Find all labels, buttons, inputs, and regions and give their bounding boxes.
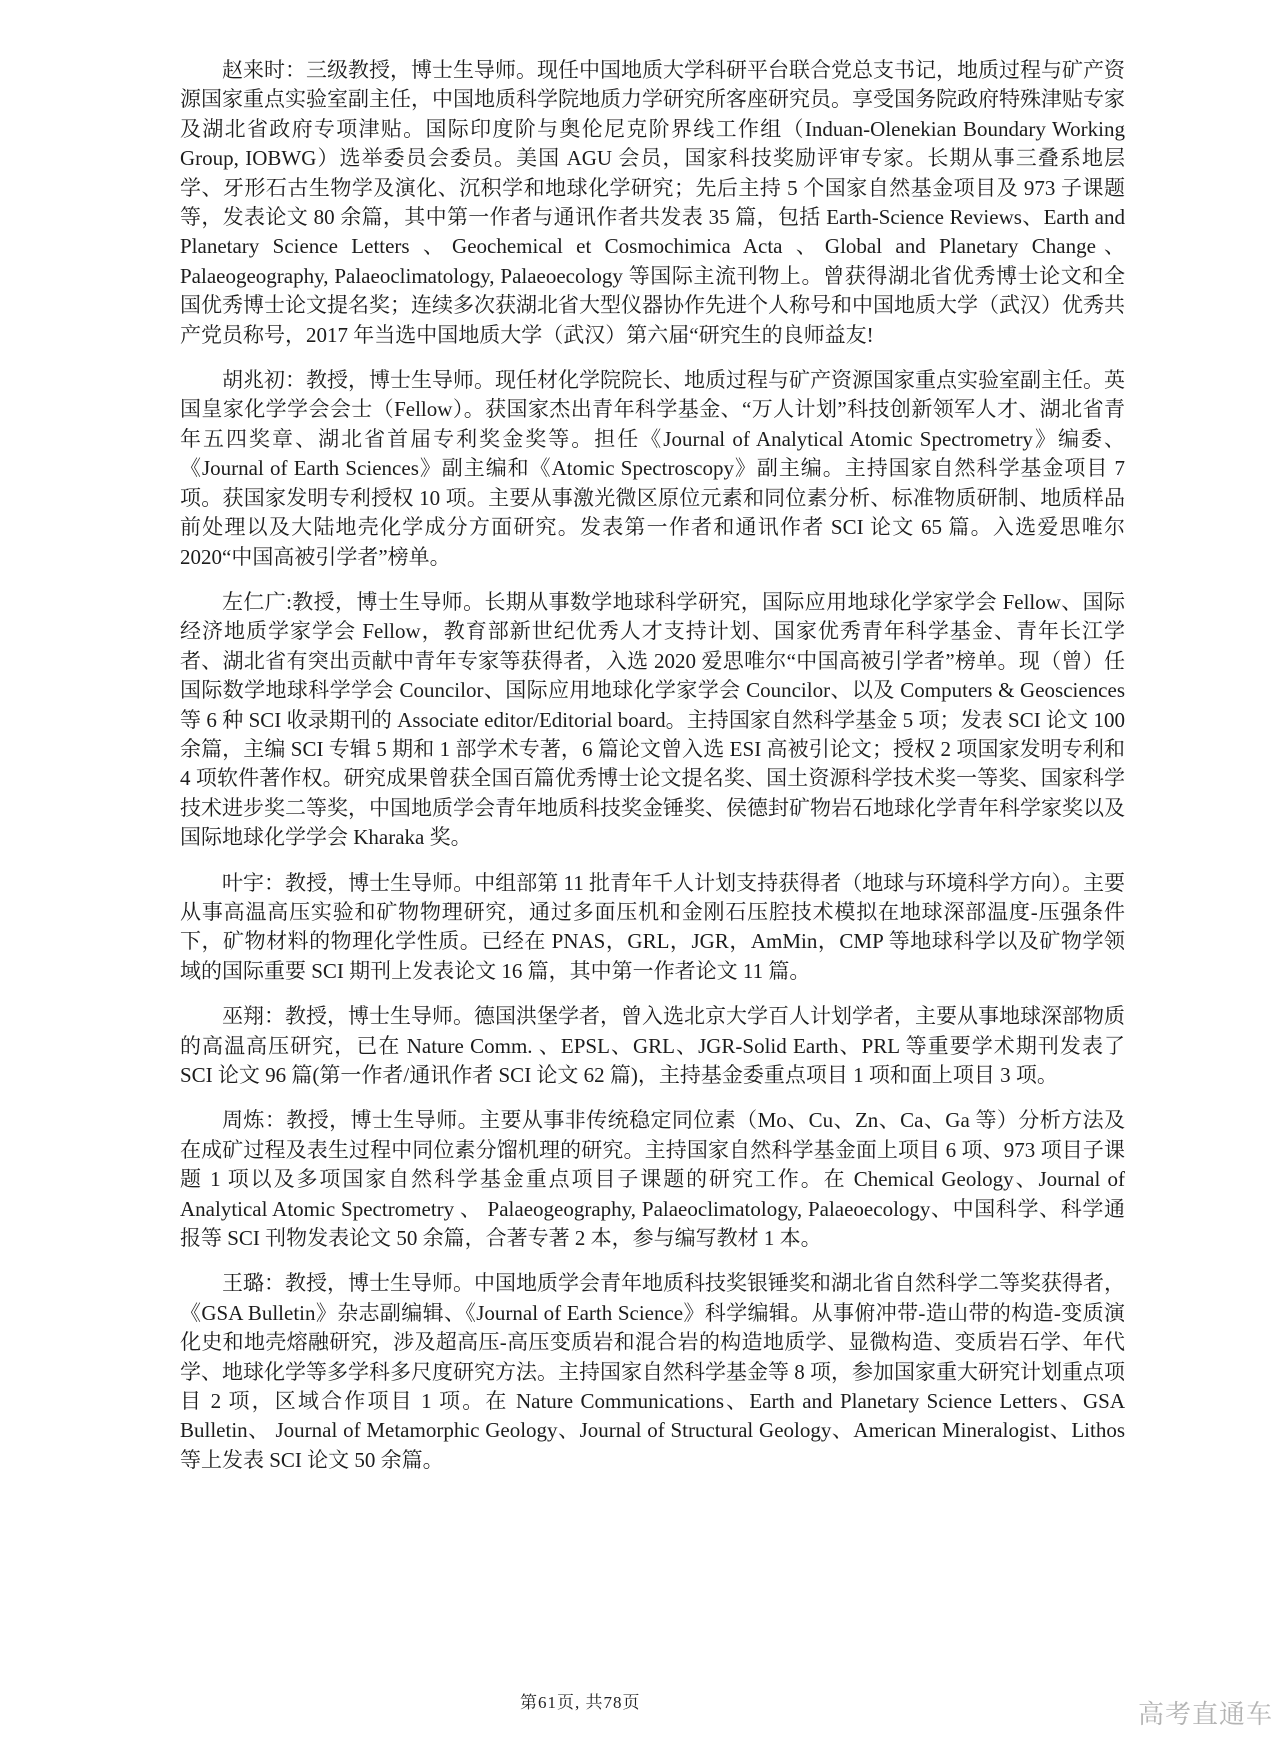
paragraph-bio-5: 巫翔：教授，博士生导师。德国洪堡学者，曾入选北京大学百人计划学者，主要从事地球深… <box>180 1002 1125 1090</box>
page-indicator: 第61页, 共78页 <box>520 1688 641 1713</box>
document-body: 赵来时：三级教授，博士生导师。现任中国地质大学科研平台联合党总支书记，地质过程与… <box>180 56 1125 1491</box>
watermark-gaokao-zhitongche: 高考直通车 <box>1138 1694 1273 1731</box>
paragraph-bio-7: 王璐：教授，博士生导师。中国地质学会青年地质科技奖银锤奖和湖北省自然科学二等奖获… <box>180 1269 1125 1475</box>
document-page: 赵来时：三级教授，博士生导师。现任中国地质大学科研平台联合党总支书记，地质过程与… <box>0 0 1280 1749</box>
paragraph-bio-4: 叶宇：教授，博士生导师。中组部第 11 批青年千人计划支持获得者（地球与环境科学… <box>180 869 1125 987</box>
paragraph-bio-1: 赵来时：三级教授，博士生导师。现任中国地质大学科研平台联合党总支书记，地质过程与… <box>180 56 1125 350</box>
paragraph-bio-2: 胡兆初：教授，博士生导师。现任材化学院院长、地质过程与矿产资源国家重点实验室副主… <box>180 366 1125 572</box>
paragraph-bio-6: 周炼：教授，博士生导师。主要从事非传统稳定同位素（Mo、Cu、Zn、Ca、Ga … <box>180 1106 1125 1253</box>
page-footer: 第61页, 共78页 高考直通车 <box>0 1684 1280 1734</box>
paragraph-bio-3: 左仁广:教授，博士生导师。长期从事数学地球科学研究，国际应用地球化学家学会 Fe… <box>180 588 1125 853</box>
